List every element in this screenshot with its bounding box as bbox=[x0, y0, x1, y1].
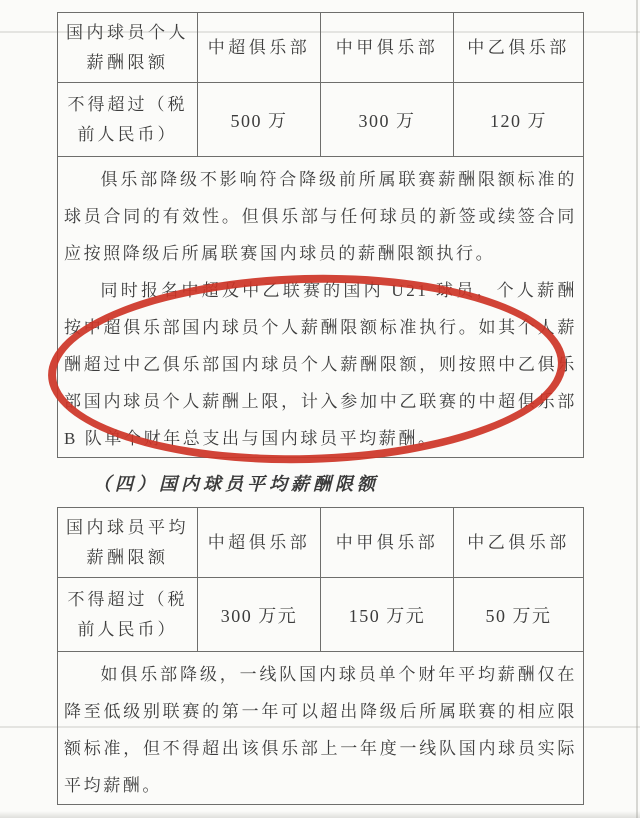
scanned-document-page: 国内球员个人薪酬限额 中超俱乐部 中甲俱乐部 中乙俱乐部 不得超过（税前人民币）… bbox=[0, 0, 640, 818]
column-header-league-one: 中甲俱乐部 bbox=[321, 13, 454, 83]
limit-row-label: 不得超过（税前人民币） bbox=[58, 578, 198, 652]
notes-cell: 如俱乐部降级，一线队国内球员单个财年平均薪酬仅在降至低级别联赛的第一年可以超出降… bbox=[58, 652, 584, 805]
limit-value-league-one: 150 万元 bbox=[321, 578, 454, 652]
scan-artifact-smudge bbox=[0, 811, 640, 818]
table-notes-row: 俱乐部降级不影响符合降级前所属联赛薪酬限额标准的球员合同的有效性。但俱乐部与任何… bbox=[58, 157, 584, 458]
limit-value-league-two: 120 万 bbox=[454, 83, 584, 157]
limit-value-league-one: 300 万 bbox=[321, 83, 454, 157]
table-notes-row: 如俱乐部降级，一线队国内球员单个财年平均薪酬仅在降至低级别联赛的第一年可以超出降… bbox=[58, 652, 584, 805]
column-header-csl: 中超俱乐部 bbox=[198, 508, 321, 578]
note-paragraph-u21: 同时报名中超及中乙联赛的国内 U21 球员，个人薪酬按中超俱乐部国内球员个人薪酬… bbox=[64, 272, 577, 457]
table-header-row: 国内球员个人薪酬限额 中超俱乐部 中甲俱乐部 中乙俱乐部 bbox=[58, 13, 584, 83]
note-paragraph-average-relegation: 如俱乐部降级，一线队国内球员单个财年平均薪酬仅在降至低级别联赛的第一年可以超出降… bbox=[64, 656, 577, 804]
column-header-league-two: 中乙俱乐部 bbox=[454, 508, 584, 578]
average-salary-limit-table: 国内球员平均薪酬限额 中超俱乐部 中甲俱乐部 中乙俱乐部 不得超过（税前人民币）… bbox=[57, 507, 584, 805]
table-limit-row: 不得超过（税前人民币） 300 万元 150 万元 50 万元 bbox=[58, 578, 584, 652]
table-row-header-cell: 国内球员平均薪酬限额 bbox=[58, 508, 198, 578]
section-heading: （四）国内球员平均薪酬限额 bbox=[93, 470, 573, 496]
notes-cell: 俱乐部降级不影响符合降级前所属联赛薪酬限额标准的球员合同的有效性。但俱乐部与任何… bbox=[58, 157, 584, 458]
page-edge-line bbox=[636, 0, 638, 818]
limit-value-csl: 500 万 bbox=[198, 83, 321, 157]
table-limit-row: 不得超过（税前人民币） 500 万 300 万 120 万 bbox=[58, 83, 584, 157]
individual-salary-limit-table: 国内球员个人薪酬限额 中超俱乐部 中甲俱乐部 中乙俱乐部 不得超过（税前人民币）… bbox=[57, 12, 584, 458]
limit-row-label: 不得超过（税前人民币） bbox=[58, 83, 198, 157]
table-header-row: 国内球员平均薪酬限额 中超俱乐部 中甲俱乐部 中乙俱乐部 bbox=[58, 508, 584, 578]
column-header-league-one: 中甲俱乐部 bbox=[321, 508, 454, 578]
column-header-league-two: 中乙俱乐部 bbox=[454, 13, 584, 83]
note-paragraph-relegation: 俱乐部降级不影响符合降级前所属联赛薪酬限额标准的球员合同的有效性。但俱乐部与任何… bbox=[64, 161, 577, 272]
column-header-csl: 中超俱乐部 bbox=[198, 13, 321, 83]
limit-value-league-two: 50 万元 bbox=[454, 578, 584, 652]
table-row-header-cell: 国内球员个人薪酬限额 bbox=[58, 13, 198, 83]
limit-value-csl: 300 万元 bbox=[198, 578, 321, 652]
